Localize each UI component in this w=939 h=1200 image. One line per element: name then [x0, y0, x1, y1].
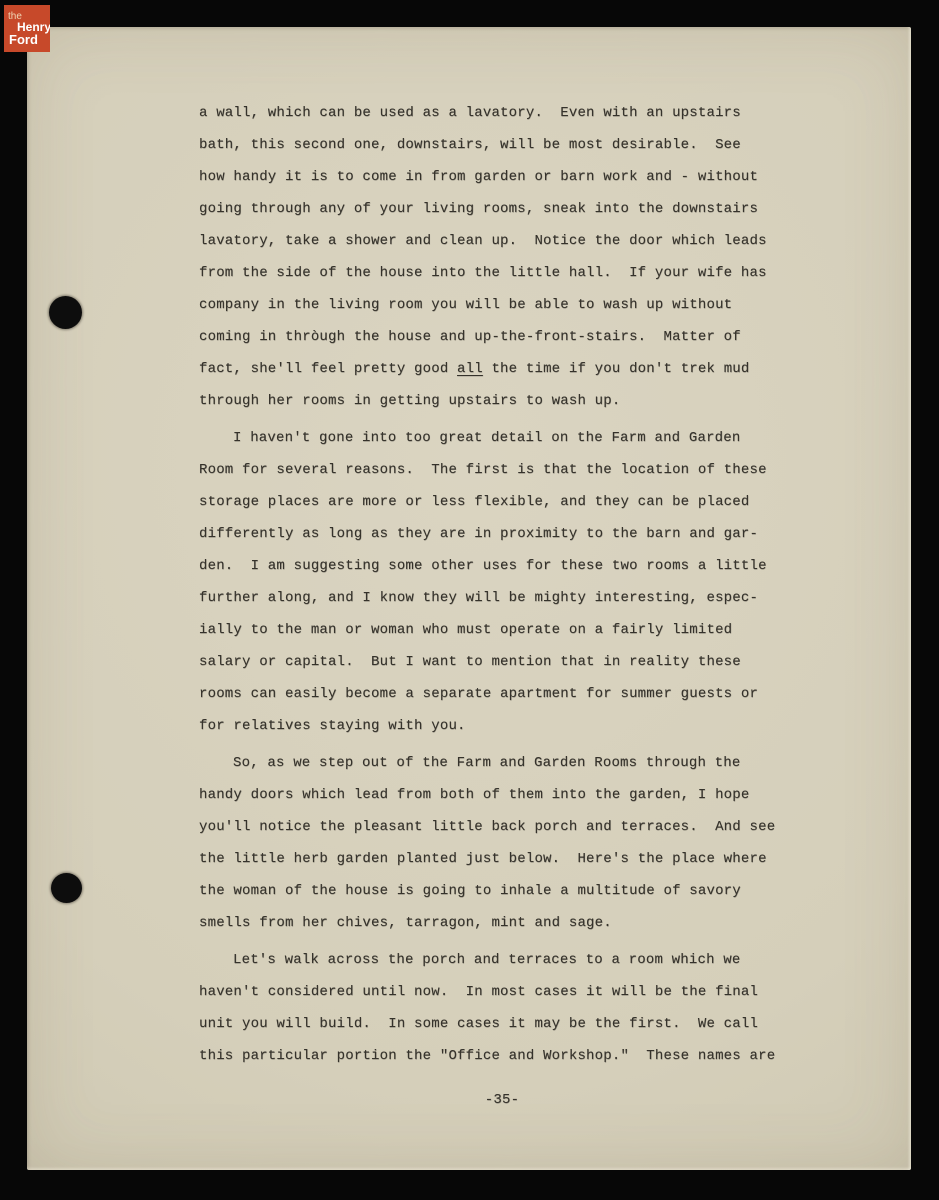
- text-line: Let's walk across the porch and terraces…: [199, 944, 805, 976]
- typewritten-text: a wall, which can be used as a lavatory.…: [199, 97, 805, 1072]
- text-line: the woman of the house is going to inhal…: [199, 875, 805, 907]
- text-line: going through any of your living rooms, …: [199, 193, 805, 225]
- text-line: unit you will build. In some cases it ma…: [199, 1008, 805, 1040]
- scanner-background: a wall, which can be used as a lavatory.…: [0, 0, 939, 1200]
- text-line: differently as long as they are in proxi…: [199, 518, 805, 550]
- text-segment: fact, she'll feel pretty good: [199, 361, 457, 377]
- page-number: -35-: [199, 1084, 805, 1116]
- text-line: storage places are more or less flexible…: [199, 486, 805, 518]
- text-line: ially to the man or woman who must opera…: [199, 614, 805, 646]
- text-line: this particular portion the "Office and …: [199, 1040, 805, 1072]
- text-line: company in the living room you will be a…: [199, 289, 805, 321]
- hole-punch-bottom: [51, 873, 82, 903]
- underlined-word: all: [457, 361, 483, 377]
- text-line: lavatory, take a shower and clean up. No…: [199, 225, 805, 257]
- text-line: Room for several reasons. The first is t…: [199, 454, 805, 486]
- text-line: haven't considered until now. In most ca…: [199, 976, 805, 1008]
- paragraph: So, as we step out of the Farm and Garde…: [199, 747, 805, 939]
- text-line: salary or capital. But I want to mention…: [199, 646, 805, 678]
- text-line: further along, and I know they will be m…: [199, 582, 805, 614]
- paragraph: I haven't gone into too great detail on …: [199, 422, 805, 742]
- text-line: smells from her chives, tarragon, mint a…: [199, 907, 805, 939]
- paragraph: a wall, which can be used as a lavatory.…: [199, 97, 805, 417]
- text-segment: the time if you don't trek mud: [483, 361, 750, 377]
- text-line: So, as we step out of the Farm and Garde…: [199, 747, 805, 779]
- text-line: for relatives staying with you.: [199, 710, 805, 742]
- text-line: rooms can easily become a separate apart…: [199, 678, 805, 710]
- text-line: from the side of the house into the litt…: [199, 257, 805, 289]
- text-line: a wall, which can be used as a lavatory.…: [199, 97, 805, 129]
- text-line: den. I am suggesting some other uses for…: [199, 550, 805, 582]
- text-line: bath, this second one, downstairs, will …: [199, 129, 805, 161]
- document-page: a wall, which can be used as a lavatory.…: [27, 27, 911, 1170]
- text-line: coming in thròugh the house and up-the-f…: [199, 321, 805, 353]
- text-line: the little herb garden planted just belo…: [199, 843, 805, 875]
- text-line: I haven't gone into too great detail on …: [199, 422, 805, 454]
- hole-punch-top: [49, 296, 82, 329]
- henry-ford-logo: the Henry Ford: [4, 5, 50, 52]
- text-line: through her rooms in getting upstairs to…: [199, 385, 805, 417]
- text-line: you'll notice the pleasant little back p…: [199, 811, 805, 843]
- text-line: fact, she'll feel pretty good all the ti…: [199, 353, 805, 385]
- text-line: how handy it is to come in from garden o…: [199, 161, 805, 193]
- logo-text-ford: Ford: [9, 33, 38, 46]
- paragraph: Let's walk across the porch and terraces…: [199, 944, 805, 1072]
- text-line: handy doors which lead from both of them…: [199, 779, 805, 811]
